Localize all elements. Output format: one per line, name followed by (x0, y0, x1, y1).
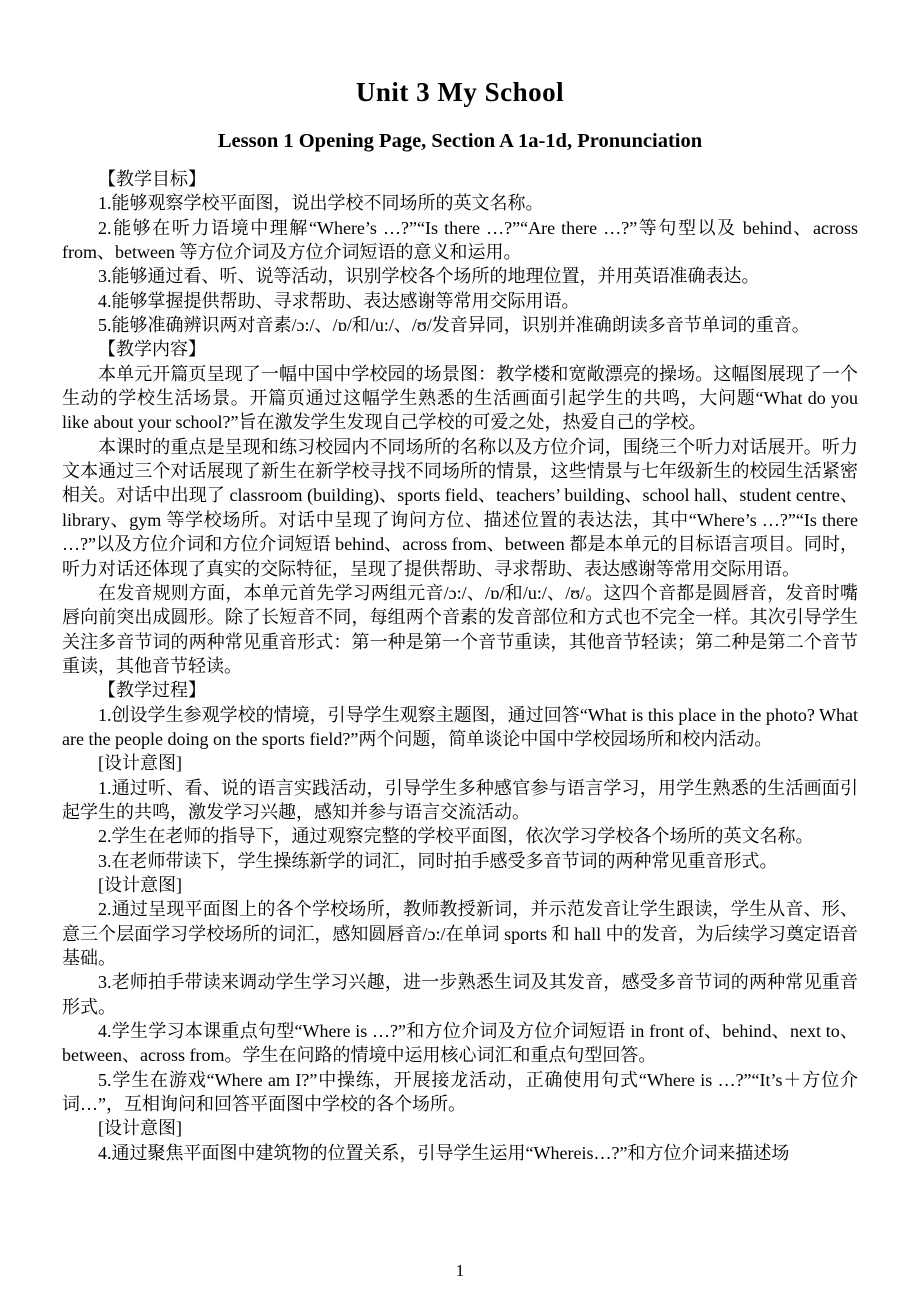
process-step-4: 4.学生学习本课重点句型“Where is …?”和方位介词及方位介词短语 in… (62, 1019, 858, 1068)
objective-item-2: 2.能够在听力语境中理解“Where’s …?”“Is there …?”“Ar… (62, 216, 858, 265)
content-paragraph-3: 在发音规则方面，本单元首先学习两组元音/ɔ:/、/ɒ/和/u:/、/ʊ/。这四个… (62, 581, 858, 678)
section-heading-teaching-content: 【教学内容】 (62, 337, 858, 361)
document-page: Unit 3 My School Lesson 1 Opening Page, … (0, 0, 920, 1302)
content-paragraph-1: 本单元开篇页呈现了一幅中国中学校园的场景图：教学楼和宽敞漂亮的操场。这幅图展现了… (62, 362, 858, 435)
document-body: 【教学目标】 1.能够观察学校平面图，说出学校不同场所的英文名称。 2.能够在听… (62, 167, 858, 1165)
design-intent-note-1: 1.通过听、看、说的语言实践活动，引导学生多种感官参与语言学习，用学生熟悉的生活… (62, 776, 858, 825)
lesson-subtitle: Lesson 1 Opening Page, Section A 1a-1d, … (62, 128, 858, 154)
process-step-2: 2.学生在老师的指导下，通过观察完整的学校平面图，依次学习学校各个场所的英文名称… (62, 824, 858, 848)
process-step-1: 1.创设学生参观学校的情境，引导学生观察主题图，通过回答“What is thi… (62, 703, 858, 752)
process-step-5: 5.学生在游戏“Where am I?”中操练，开展接龙活动，正确使用句式“Wh… (62, 1068, 858, 1117)
document-title: Unit 3 My School (62, 76, 858, 108)
section-heading-teaching-process: 【教学过程】 (62, 678, 858, 702)
design-intent-note-2: 2.通过呈现平面图上的各个学校场所，教师教授新词，并示范发音让学生跟读，学生从音… (62, 897, 858, 970)
design-intent-label-2: [设计意图] (62, 873, 858, 897)
design-intent-label-3: [设计意图] (62, 1116, 858, 1140)
section-heading-teaching-objectives: 【教学目标】 (62, 167, 858, 191)
content-paragraph-2: 本课时的重点是呈现和练习校园内不同场所的名称以及方位介词，围绕三个听力对话展开。… (62, 435, 858, 581)
objective-item-5: 5.能够准确辨识两对音素/ɔ:/、/ɒ/和/u:/、/ʊ/发音异同，识别并准确朗… (62, 313, 858, 337)
objective-item-1: 1.能够观察学校平面图，说出学校不同场所的英文名称。 (62, 191, 858, 215)
design-intent-note-3: 3.老师拍手带读来调动学生学习兴趣，进一步熟悉生词及其发音，感受多音节词的两种常… (62, 970, 858, 1019)
objective-item-3: 3.能够通过看、听、说等活动，识别学校各个场所的地理位置，并用英语准确表达。 (62, 264, 858, 288)
page-number: 1 (0, 1260, 920, 1282)
design-intent-label-1: [设计意图] (62, 751, 858, 775)
design-intent-note-4: 4.通过聚焦平面图中建筑物的位置关系，引导学生运用“Whereis…?”和方位介… (62, 1141, 858, 1165)
process-step-3: 3.在老师带读下，学生操练新学的词汇，同时拍手感受多音节词的两种常见重音形式。 (62, 849, 858, 873)
objective-item-4: 4.能够掌握提供帮助、寻求帮助、表达感谢等常用交际用语。 (62, 289, 858, 313)
